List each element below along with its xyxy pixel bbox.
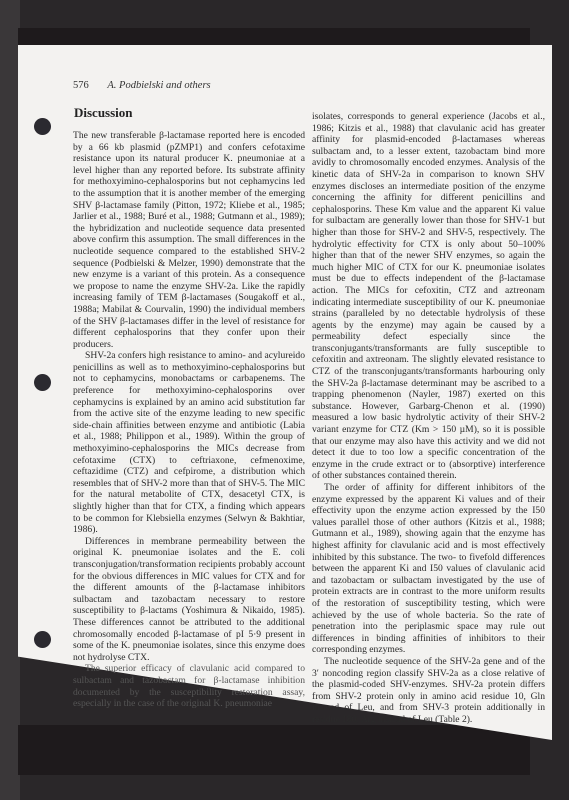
scan-background-left [0, 0, 20, 800]
running-header: 576 A. Podbielski and others [73, 80, 211, 91]
scan-bottom-shadow [18, 725, 530, 775]
page-number: 576 [73, 80, 89, 91]
running-head-authors: A. Podbielski and others [107, 80, 210, 91]
paragraph: The order of affinity for different inhi… [312, 482, 545, 656]
left-column: The new transferable β-lactamase reporte… [73, 130, 305, 710]
punch-hole-icon [34, 631, 51, 648]
paragraph: The new transferable β-lactamase reporte… [73, 130, 305, 350]
paragraph: SHV-2a confers high resistance to amino-… [73, 350, 305, 536]
section-title: Discussion [74, 105, 133, 121]
paragraph: The superior efficacy of clavulanic acid… [73, 663, 305, 709]
paragraph: The nucleotide sequence of the SHV-2a ge… [312, 656, 545, 726]
paragraph: isolates, corresponds to general experie… [312, 111, 545, 482]
punch-hole-icon [34, 374, 51, 391]
right-column: isolates, corresponds to general experie… [312, 111, 545, 725]
paragraph: Differences in membrane permeability bet… [73, 536, 305, 664]
punch-hole-icon [34, 118, 51, 135]
